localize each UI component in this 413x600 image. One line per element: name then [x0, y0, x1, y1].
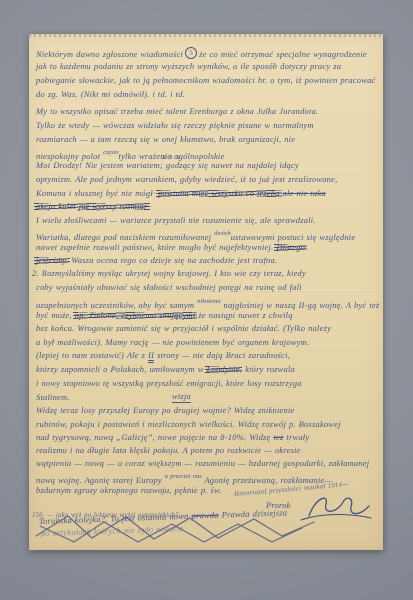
line-29: nad tygrysową, nową „Galicję”, nowe poję…	[36, 432, 309, 443]
line-31: wątpienia — nową — o coraz większym — ro…	[36, 458, 369, 469]
line-20: być może, np. Zielone, czynnemu snującym…	[36, 310, 293, 321]
line-16: jesteśmy. Wasza ocena tego co dzieje się…	[36, 255, 277, 266]
line-12: akcja kolei już wyższy rozmiar	[36, 201, 148, 212]
line-33: bzdurnym zgrozy okropnego rozwoju, pękni…	[36, 485, 222, 496]
line-27: Widzę teraz losy przyszłej Europy po dru…	[36, 405, 295, 416]
line-25: i nowy stopniowo tę wszystką przyszłość …	[36, 378, 302, 389]
line-24: którzy zapomnieli o Polakach, umiłowanym…	[36, 364, 295, 375]
line-09: Moi Drodzy! Nie jestem wariatem; godzący…	[36, 160, 299, 171]
line-17: 2. Rozmyślaliśmy myśląc ukrytej wojny kr…	[32, 268, 306, 279]
line-18: coby wyjaśniały obawiać się słabości wsc…	[36, 282, 302, 293]
line-26: Stalinem.	[36, 392, 70, 403]
page-number: 5	[185, 47, 197, 59]
line-04: do zg. Was. (Nikt mi odmówił). i td. i t…	[36, 89, 185, 100]
line-15: nawet zupełnie rozwali państwo, które mo…	[36, 242, 305, 253]
line-28: rubinów, pokoju i postawień i niezliczon…	[36, 419, 341, 430]
scan-background: { "scan": { "background_color": "#8d929b…	[0, 0, 413, 600]
line-30: realizmu i na długie lata klęski pokoju.…	[36, 445, 300, 456]
line-23: (lepiej to nam zostawić) Ale z II strony…	[36, 350, 290, 361]
line-19: uzupełnionych uczestników, aby być samym…	[36, 296, 379, 311]
line-22: a był możliwości). Mamy rację — nie powi…	[36, 337, 309, 348]
line-02: jak to każdemu podaniu ze strony wyższyc…	[36, 61, 341, 72]
line-21: bez końca. Wrogowie zamienić się w przyj…	[36, 323, 331, 334]
line-06: Tylko że wtedy — wówczas widziało się rz…	[36, 120, 314, 131]
line-01: Niektórym dawno zgłoszone wiadomości5że …	[36, 47, 367, 60]
line-11: Komuna i słusznej być nie mógł· powinna …	[36, 188, 326, 199]
line-14: Wariatka, dlatego pod naciskiem rozumiło…	[36, 228, 355, 243]
line-10: optymizm. Ale pod jednym warunkiem, gdyb…	[36, 174, 337, 185]
letter-page: Niektórym dawno zgłoszone wiadomości5że …	[29, 34, 383, 550]
line-05: My to wszystko opisać trzeba mieć talent…	[36, 106, 318, 117]
line-03: pobieganie słowackie, jak to ją pełnomoc…	[36, 75, 376, 86]
heading-wizja: wizja	[172, 391, 191, 402]
signature-flourish	[299, 492, 373, 524]
line-07: rozmiarach — a tam rzeczą się w onej kła…	[36, 134, 295, 145]
line-13: I wielu złośliwcami — wariatce przystali…	[36, 215, 316, 226]
